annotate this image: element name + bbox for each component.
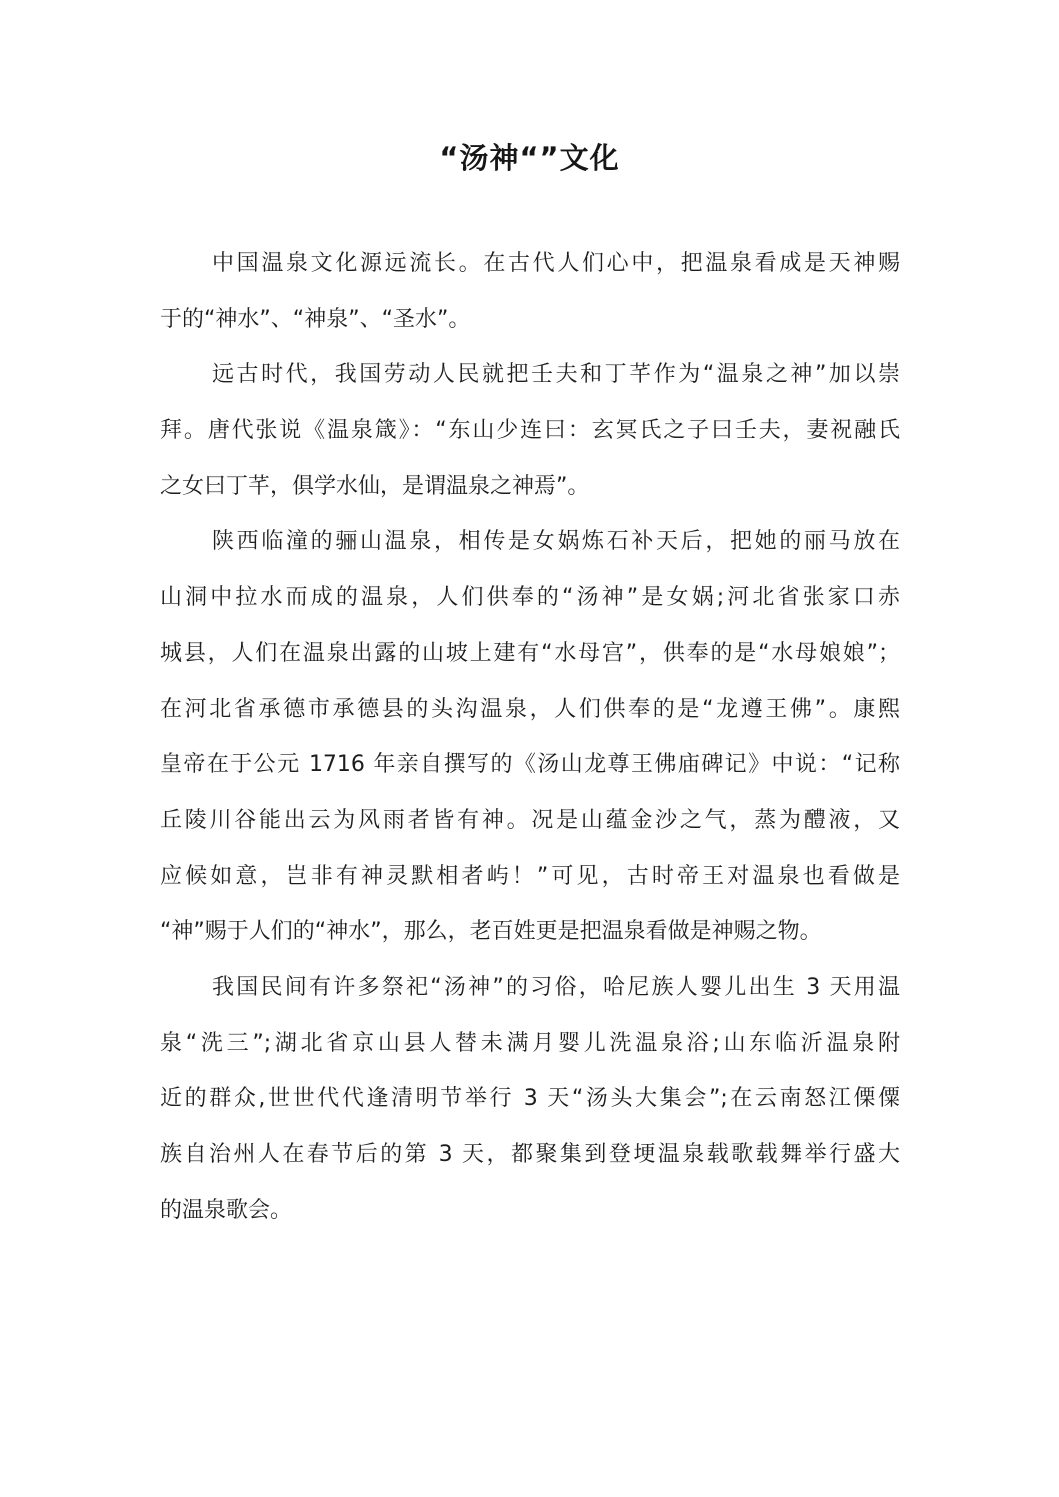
text-line: 丘陵川谷能出云为风雨者皆有神。况是山蕴金沙之气，蒸为醴液，又 [160, 793, 900, 849]
text-line: 皇帝在于公元 1716 年亲自撰写的《汤山龙尊王佛庙碑记》中说：“记称 [160, 737, 900, 793]
text-line: 族自治州人在春节后的第 3 天，都聚集到登埂温泉载歌载舞举行盛大 [160, 1127, 900, 1183]
paragraph-1: 中国温泉文化源远流长。在古代人们心中，把温泉看成是天神赐 于的“神水”、“神泉”… [160, 236, 900, 347]
text-line: “神”赐于人们的“神水”，那么，老百姓更是把温泉看做是神赐之物。 [160, 904, 900, 960]
text-line: 的温泉歌会。 [160, 1183, 900, 1239]
paragraph-3: 陕西临潼的骊山温泉，相传是女娲炼石补天后，把她的丽马放在 山洞中拉水而成的温泉，… [160, 514, 900, 960]
document-page: “汤神“”文化 中国温泉文化源远流长。在古代人们心中，把温泉看成是天神赐 于的“… [0, 0, 1059, 1497]
text-line: 泉“洗三”;湖北省京山县人替未满月婴儿洗温泉浴;山东临沂温泉附 [160, 1016, 900, 1072]
paragraph-4: 我国民间有许多祭祀“汤神”的习俗，哈尼族人婴儿出生 3 天用温 泉“洗三”;湖北… [160, 960, 900, 1238]
text-line: 应候如意，岂非有神灵默相者屿！”可见，古时帝王对温泉也看做是 [160, 849, 900, 905]
text-line: 近的群众,世世代代逢清明节举行 3 天“汤头大集会”;在云南怒江傈僳 [160, 1071, 900, 1127]
paragraph-2: 远古时代，我国劳动人民就把壬夫和丁芊作为“温泉之神”加以崇 拜。唐代张说《温泉箴… [160, 347, 900, 514]
text-line: 在河北省承德市承德县的头沟温泉，人们供奉的是“龙遵王佛”。康熙 [160, 682, 900, 738]
text-line: 远古时代，我国劳动人民就把壬夫和丁芊作为“温泉之神”加以崇 [160, 347, 900, 403]
text-line: 拜。唐代张说《温泉箴》：“东山少连曰：玄冥氏之子曰壬夫，妻祝融氏 [160, 403, 900, 459]
text-line: 山洞中拉水而成的温泉，人们供奉的“汤神”是女娲;河北省张家口赤 [160, 570, 900, 626]
text-line: 之女曰丁芊，俱学水仙，是谓温泉之神焉”。 [160, 459, 900, 515]
text-line: 中国温泉文化源远流长。在古代人们心中，把温泉看成是天神赐 [160, 236, 900, 292]
text-line: 城县，人们在温泉出露的山坡上建有“水母宫”，供奉的是“水母娘娘”； [160, 626, 900, 682]
text-line: 我国民间有许多祭祀“汤神”的习俗，哈尼族人婴儿出生 3 天用温 [160, 960, 900, 1016]
document-body: 中国温泉文化源远流长。在古代人们心中，把温泉看成是天神赐 于的“神水”、“神泉”… [160, 236, 900, 1238]
page-title: “汤神“”文化 [0, 136, 1059, 177]
text-line: 于的“神水”、“神泉”、“圣水”。 [160, 292, 900, 348]
text-line: 陕西临潼的骊山温泉，相传是女娲炼石补天后，把她的丽马放在 [160, 514, 900, 570]
